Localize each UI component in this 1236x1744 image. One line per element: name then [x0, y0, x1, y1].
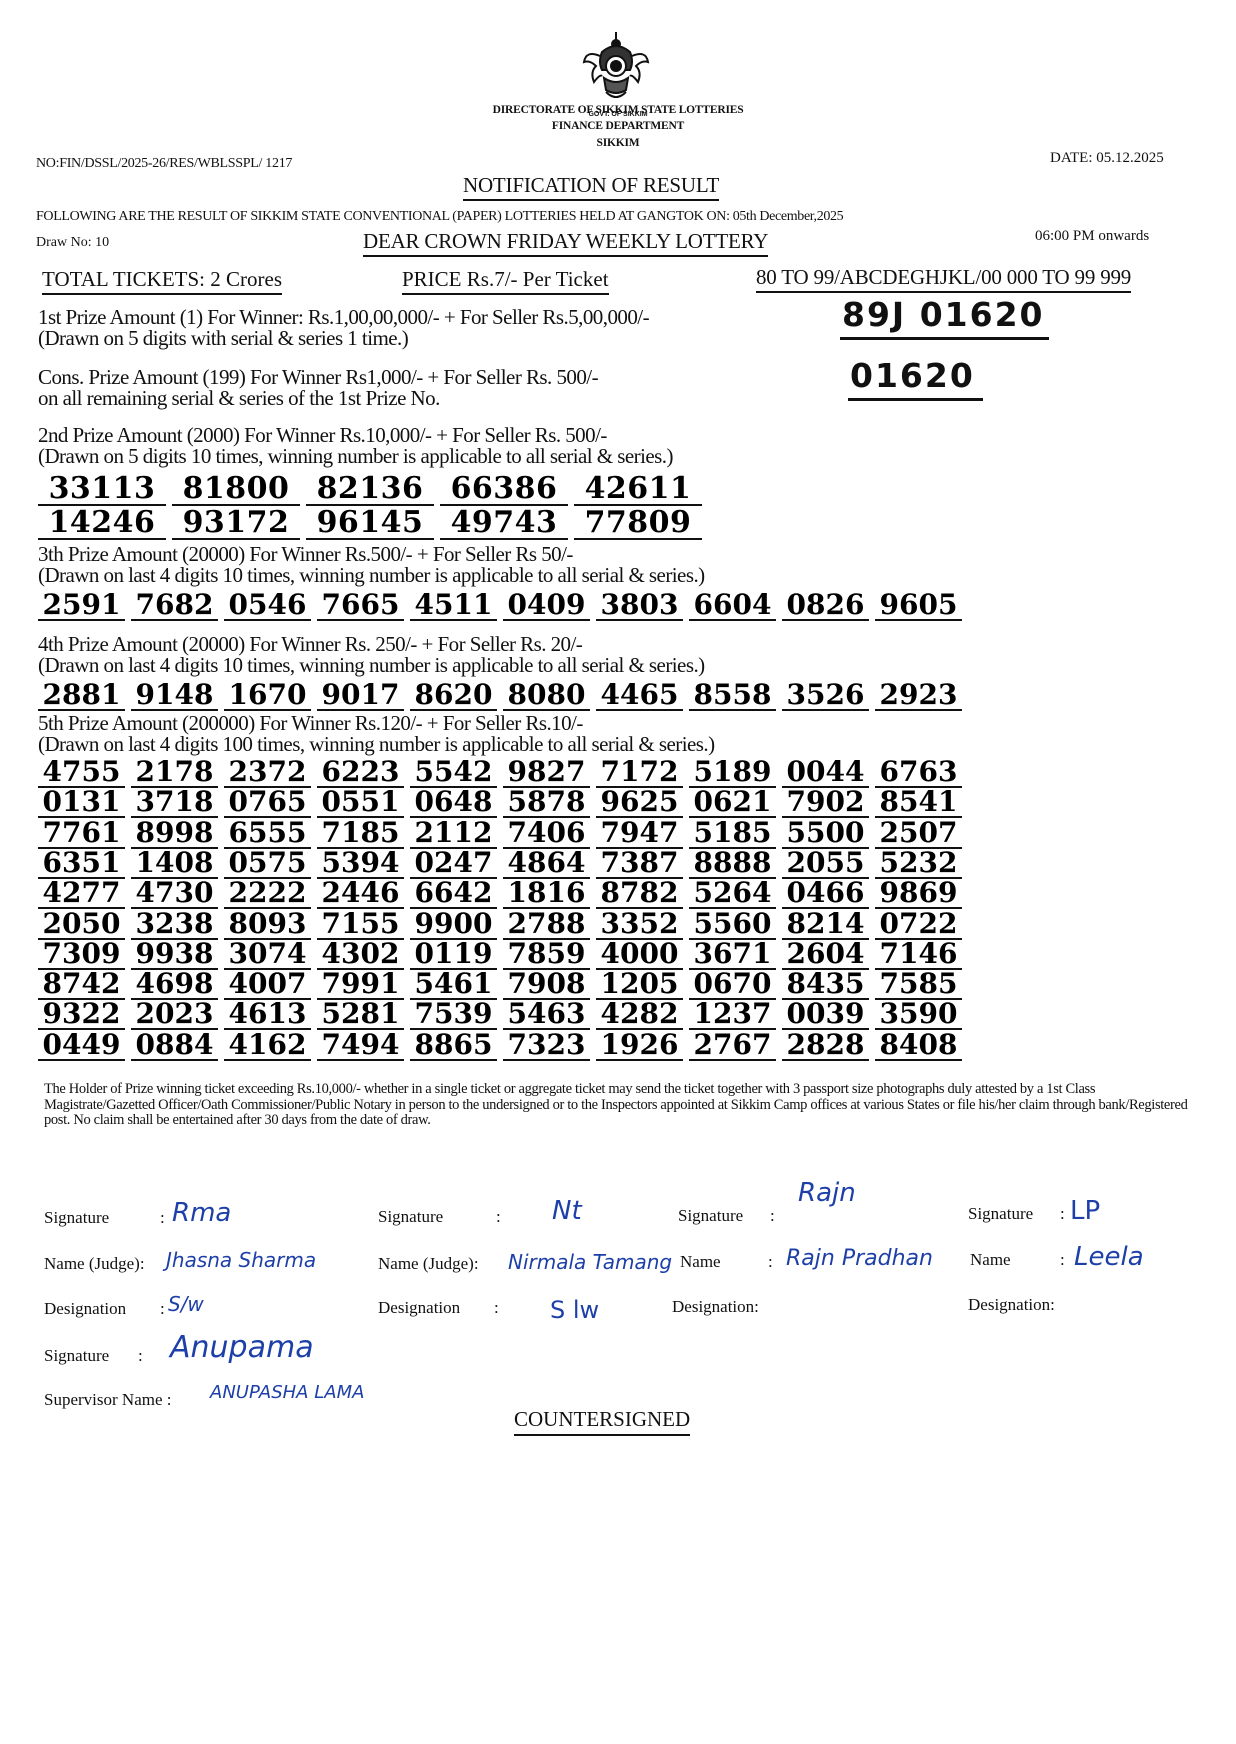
- winning-number: 1205: [596, 970, 683, 1000]
- winning-number: 4282: [596, 1000, 683, 1030]
- winning-number: 0670: [689, 970, 776, 1000]
- winning-number: 2788: [503, 910, 590, 940]
- signature-label: Signature: [44, 1208, 109, 1228]
- directorate-title: DIRECTORATE OF SIKKIM STATE LOTTERIES: [0, 104, 1236, 116]
- signatory3-name: Rajn Pradhan: [786, 1246, 933, 1271]
- fifth-prize-row: 6351140805755394024748647387888820555232: [38, 849, 968, 879]
- winning-number: 5461: [410, 970, 497, 1000]
- winning-number: 93172: [172, 508, 300, 540]
- winning-number: 7902: [782, 788, 869, 818]
- winning-number: 1408: [131, 849, 218, 879]
- winning-number: 7155: [317, 910, 404, 940]
- winning-number: 42611: [574, 474, 702, 506]
- judge1-signature: Rma: [172, 1198, 231, 1228]
- winning-number: 5878: [503, 788, 590, 818]
- colon: :: [768, 1252, 773, 1272]
- judge2-designation: S lw: [550, 1296, 599, 1324]
- colon: :: [770, 1206, 775, 1226]
- colon: :: [160, 1208, 165, 1228]
- winning-number: 5185: [689, 819, 776, 849]
- signature-label: Signature: [968, 1204, 1033, 1224]
- winning-number: 2023: [131, 1000, 218, 1030]
- winning-number: 7323: [503, 1031, 590, 1061]
- winning-number: 2767: [689, 1031, 776, 1061]
- winning-number: 7682: [131, 591, 218, 621]
- winning-number: 5560: [689, 910, 776, 940]
- signature-label: Signature: [44, 1346, 109, 1366]
- winning-number: 5264: [689, 879, 776, 909]
- fifth-prize-note: (Drawn on last 4 digits 100 times, winni…: [38, 733, 715, 755]
- winning-number: 7406: [503, 819, 590, 849]
- winning-number: 0722: [875, 910, 962, 940]
- winning-number: 7665: [317, 591, 404, 621]
- fifth-prize-row: 9322202346135281753954634282123700393590: [38, 1000, 968, 1030]
- winning-number: 5189: [689, 758, 776, 788]
- winning-number: 0247: [410, 849, 497, 879]
- name-label: Name (Judge):: [378, 1254, 479, 1274]
- winning-number: 2222: [224, 879, 311, 909]
- second-prize-note: (Drawn on 5 digits 10 times, winning num…: [38, 445, 673, 467]
- winning-number: 1237: [689, 1000, 776, 1030]
- winning-number: 0546: [224, 591, 311, 621]
- winning-number: 7146: [875, 940, 962, 970]
- winning-number: 8888: [689, 849, 776, 879]
- winning-number: 0648: [410, 788, 497, 818]
- draw-number: Draw No: 10: [36, 235, 109, 251]
- winning-number: 0466: [782, 879, 869, 909]
- winning-number: 0039: [782, 1000, 869, 1030]
- winning-number: 2055: [782, 849, 869, 879]
- winning-number: 2591: [38, 591, 125, 621]
- winning-number: 7309: [38, 940, 125, 970]
- winning-number: 4007: [224, 970, 311, 1000]
- winning-number: 8093: [224, 910, 311, 940]
- signatory4-name: Leela: [1074, 1242, 1144, 1272]
- winning-number: 6763: [875, 758, 962, 788]
- winning-number: 4698: [131, 970, 218, 1000]
- winning-number: 7908: [503, 970, 590, 1000]
- draw-time: 06:00 PM onwards: [1035, 228, 1149, 245]
- winning-number: 3718: [131, 788, 218, 818]
- winning-number: 9322: [38, 1000, 125, 1030]
- colon: :: [496, 1207, 501, 1227]
- winning-number: 8865: [410, 1031, 497, 1061]
- designation-label: Designation: [378, 1298, 460, 1318]
- winning-number: 4864: [503, 849, 590, 879]
- winning-number: 6555: [224, 819, 311, 849]
- third-prize-note: (Drawn on last 4 digits 10 times, winnin…: [38, 564, 705, 586]
- signatory4-signature: LP: [1070, 1196, 1100, 1226]
- colon: :: [138, 1346, 143, 1366]
- fourth-prize-desc: 4th Prize Amount (20000) For Winner Rs. …: [38, 633, 582, 655]
- fourth-prize-note: (Drawn on last 4 digits 10 times, winnin…: [38, 654, 705, 676]
- winning-number: 0449: [38, 1031, 125, 1061]
- winning-number: 9827: [503, 758, 590, 788]
- designation-label: Designation:: [672, 1297, 759, 1317]
- department-title: FINANCE DEPARTMENT: [0, 120, 1236, 132]
- series-range: 80 TO 99/ABCDEGHJKL/00 000 TO 99 999: [756, 265, 1131, 293]
- winning-number: 5542: [410, 758, 497, 788]
- fifth-prize-row: 0131371807650551064858789625062179028541: [38, 788, 968, 818]
- winning-number: 2507: [875, 819, 962, 849]
- winning-number: 5394: [317, 849, 404, 879]
- claim-note: The Holder of Prize winning ticket excee…: [44, 1082, 1194, 1129]
- cons-prize-desc: Cons. Prize Amount (199) For Winner Rs1,…: [38, 366, 598, 388]
- winning-number: 5463: [503, 1000, 590, 1030]
- winning-number: 9605: [875, 591, 962, 621]
- third-prize-desc: 3th Prize Amount (20000) For Winner Rs.5…: [38, 543, 573, 565]
- winning-number: 66386: [440, 474, 568, 506]
- winning-number: 6351: [38, 849, 125, 879]
- winning-number: 9869: [875, 879, 962, 909]
- winning-number: 1926: [596, 1031, 683, 1061]
- winning-number: 9017: [317, 681, 404, 711]
- second-prize-row: 3311381800821366638642611: [38, 474, 708, 506]
- winning-number: 4613: [224, 1000, 311, 1030]
- winning-number: 5500: [782, 819, 869, 849]
- winning-number: 4277: [38, 879, 125, 909]
- fifth-prize-row: 7761899865557185211274067947518555002507: [38, 819, 968, 849]
- winning-number: 0621: [689, 788, 776, 818]
- fifth-prize-row: 8742469840077991546179081205067084357585: [38, 970, 968, 1000]
- fifth-prize-row: 2050323880937155990027883352556082140722: [38, 910, 968, 940]
- first-prize-number: 89J 01620: [840, 295, 1049, 340]
- colon: :: [1060, 1250, 1065, 1270]
- judge2-signature: Nt: [552, 1196, 582, 1226]
- winning-number: 3238: [131, 910, 218, 940]
- winning-number: 8080: [503, 681, 590, 711]
- second-prize-desc: 2nd Prize Amount (2000) For Winner Rs.10…: [38, 424, 607, 446]
- winning-number: 8998: [131, 819, 218, 849]
- designation-label: Designation: [44, 1299, 126, 1319]
- winning-number: 96145: [306, 508, 434, 540]
- winning-number: 2828: [782, 1031, 869, 1061]
- result-date: DATE: 05.12.2025: [1050, 150, 1164, 167]
- name-label: Name: [970, 1250, 1011, 1270]
- winning-number: 8558: [689, 681, 776, 711]
- winning-number: 7859: [503, 940, 590, 970]
- winning-number: 33113: [38, 474, 166, 506]
- winning-number: 2446: [317, 879, 404, 909]
- winning-number: 2881: [38, 681, 125, 711]
- winning-number: 0131: [38, 788, 125, 818]
- winning-number: 0409: [503, 591, 590, 621]
- colon: :: [160, 1299, 165, 1319]
- supervisor-signature: Anupama: [170, 1330, 314, 1365]
- judge1-designation: S/w: [168, 1292, 204, 1316]
- winning-number: 6642: [410, 879, 497, 909]
- winning-number: 5232: [875, 849, 962, 879]
- winning-number: 5281: [317, 1000, 404, 1030]
- fifth-prize-desc: 5th Prize Amount (200000) For Winner Rs.…: [38, 712, 583, 734]
- winning-number: 1816: [503, 879, 590, 909]
- winning-number: 1670: [224, 681, 311, 711]
- colon: :: [1060, 1204, 1065, 1224]
- judge2-name: Nirmala Tamang: [508, 1250, 672, 1274]
- cons-prize-note: on all remaining serial & series of the …: [38, 387, 440, 409]
- countersigned-label: COUNTERSIGNED: [514, 1407, 690, 1436]
- winning-number: 8742: [38, 970, 125, 1000]
- fifth-prize-row: 4755217823726223554298277172518900446763: [38, 758, 968, 788]
- intro-text: FOLLOWING ARE THE RESULT OF SIKKIM STATE…: [36, 209, 843, 225]
- winning-number: 7185: [317, 819, 404, 849]
- signatory3-signature: Rajn: [798, 1178, 856, 1208]
- winning-number: 2372: [224, 758, 311, 788]
- first-prize-note: (Drawn on 5 digits with serial & series …: [38, 327, 408, 349]
- winning-number: 3803: [596, 591, 683, 621]
- fifth-prize-row: 4277473022222446664218168782526404669869: [38, 879, 968, 909]
- winning-number: 7387: [596, 849, 683, 879]
- winning-number: 14246: [38, 508, 166, 540]
- winning-number: 7947: [596, 819, 683, 849]
- winning-number: 3590: [875, 1000, 962, 1030]
- winning-number: 3671: [689, 940, 776, 970]
- reference-number: NO:FIN/DSSL/2025-26/RES/WBLSSPL/ 1217: [36, 156, 292, 172]
- winning-number: 0551: [317, 788, 404, 818]
- page-title: NOTIFICATION OF RESULT: [463, 173, 719, 201]
- winning-number: 7991: [317, 970, 404, 1000]
- winning-number: 2112: [410, 819, 497, 849]
- winning-number: 7585: [875, 970, 962, 1000]
- winning-number: 49743: [440, 508, 568, 540]
- winning-number: 0826: [782, 591, 869, 621]
- winning-number: 6223: [317, 758, 404, 788]
- name-label: Name: [680, 1252, 721, 1272]
- total-tickets: TOTAL TICKETS: 2 Crores: [42, 267, 282, 295]
- winning-number: 0884: [131, 1031, 218, 1061]
- supervisor-name: ANUPASHA LAMA: [210, 1382, 364, 1403]
- winning-number: 4302: [317, 940, 404, 970]
- winning-number: 2178: [131, 758, 218, 788]
- winning-number: 81800: [172, 474, 300, 506]
- winning-number: 7539: [410, 1000, 497, 1030]
- winning-number: 2923: [875, 681, 962, 711]
- fifth-prize-row: 0449088441627494886573231926276728288408: [38, 1031, 968, 1061]
- winning-number: 8782: [596, 879, 683, 909]
- winning-number: 4511: [410, 591, 497, 621]
- winning-number: 82136: [306, 474, 434, 506]
- fourth-prize-row: 2881914816709017862080804465855835262923: [38, 681, 968, 711]
- winning-number: 7761: [38, 819, 125, 849]
- signature-label: Signature: [378, 1207, 443, 1227]
- winning-number: 3526: [782, 681, 869, 711]
- winning-number: 4755: [38, 758, 125, 788]
- sikkim-emblem-icon: [580, 30, 652, 106]
- winning-number: 2604: [782, 940, 869, 970]
- lottery-name: DEAR CROWN FRIDAY WEEKLY LOTTERY: [363, 229, 768, 257]
- third-prize-row: 2591768205467665451104093803660408269605: [38, 591, 968, 621]
- winning-number: 0765: [224, 788, 311, 818]
- winning-number: 0119: [410, 940, 497, 970]
- judge1-name: Jhasna Sharma: [166, 1248, 316, 1272]
- fifth-prize-row: 7309993830744302011978594000367126047146: [38, 940, 968, 970]
- second-prize-row: 1424693172961454974377809: [38, 508, 708, 540]
- first-prize-desc: 1st Prize Amount (1) For Winner: Rs.1,00…: [38, 306, 649, 328]
- winning-number: 7172: [596, 758, 683, 788]
- cons-prize-number: 01620: [848, 356, 983, 401]
- winning-number: 4000: [596, 940, 683, 970]
- winning-number: 8541: [875, 788, 962, 818]
- winning-number: 8214: [782, 910, 869, 940]
- designation-label: Designation:: [968, 1295, 1055, 1315]
- winning-number: 3074: [224, 940, 311, 970]
- winning-number: 8408: [875, 1031, 962, 1061]
- winning-number: 8620: [410, 681, 497, 711]
- winning-number: 9900: [410, 910, 497, 940]
- signature-label: Signature: [678, 1206, 743, 1226]
- winning-number: 2050: [38, 910, 125, 940]
- winning-number: 9148: [131, 681, 218, 711]
- winning-number: 3352: [596, 910, 683, 940]
- state-title: SIKKIM: [0, 137, 1236, 149]
- winning-number: 9938: [131, 940, 218, 970]
- winning-number: 77809: [574, 508, 702, 540]
- name-label: Name (Judge):: [44, 1254, 145, 1274]
- supervisor-name-label: Supervisor Name :: [44, 1390, 171, 1410]
- winning-number: 8435: [782, 970, 869, 1000]
- ticket-price: PRICE Rs.7/- Per Ticket: [402, 267, 609, 295]
- winning-number: 6604: [689, 591, 776, 621]
- winning-number: 7494: [317, 1031, 404, 1061]
- winning-number: 4465: [596, 681, 683, 711]
- colon: :: [494, 1298, 499, 1318]
- winning-number: 0575: [224, 849, 311, 879]
- winning-number: 0044: [782, 758, 869, 788]
- winning-number: 4162: [224, 1031, 311, 1061]
- winning-number: 4730: [131, 879, 218, 909]
- winning-number: 9625: [596, 788, 683, 818]
